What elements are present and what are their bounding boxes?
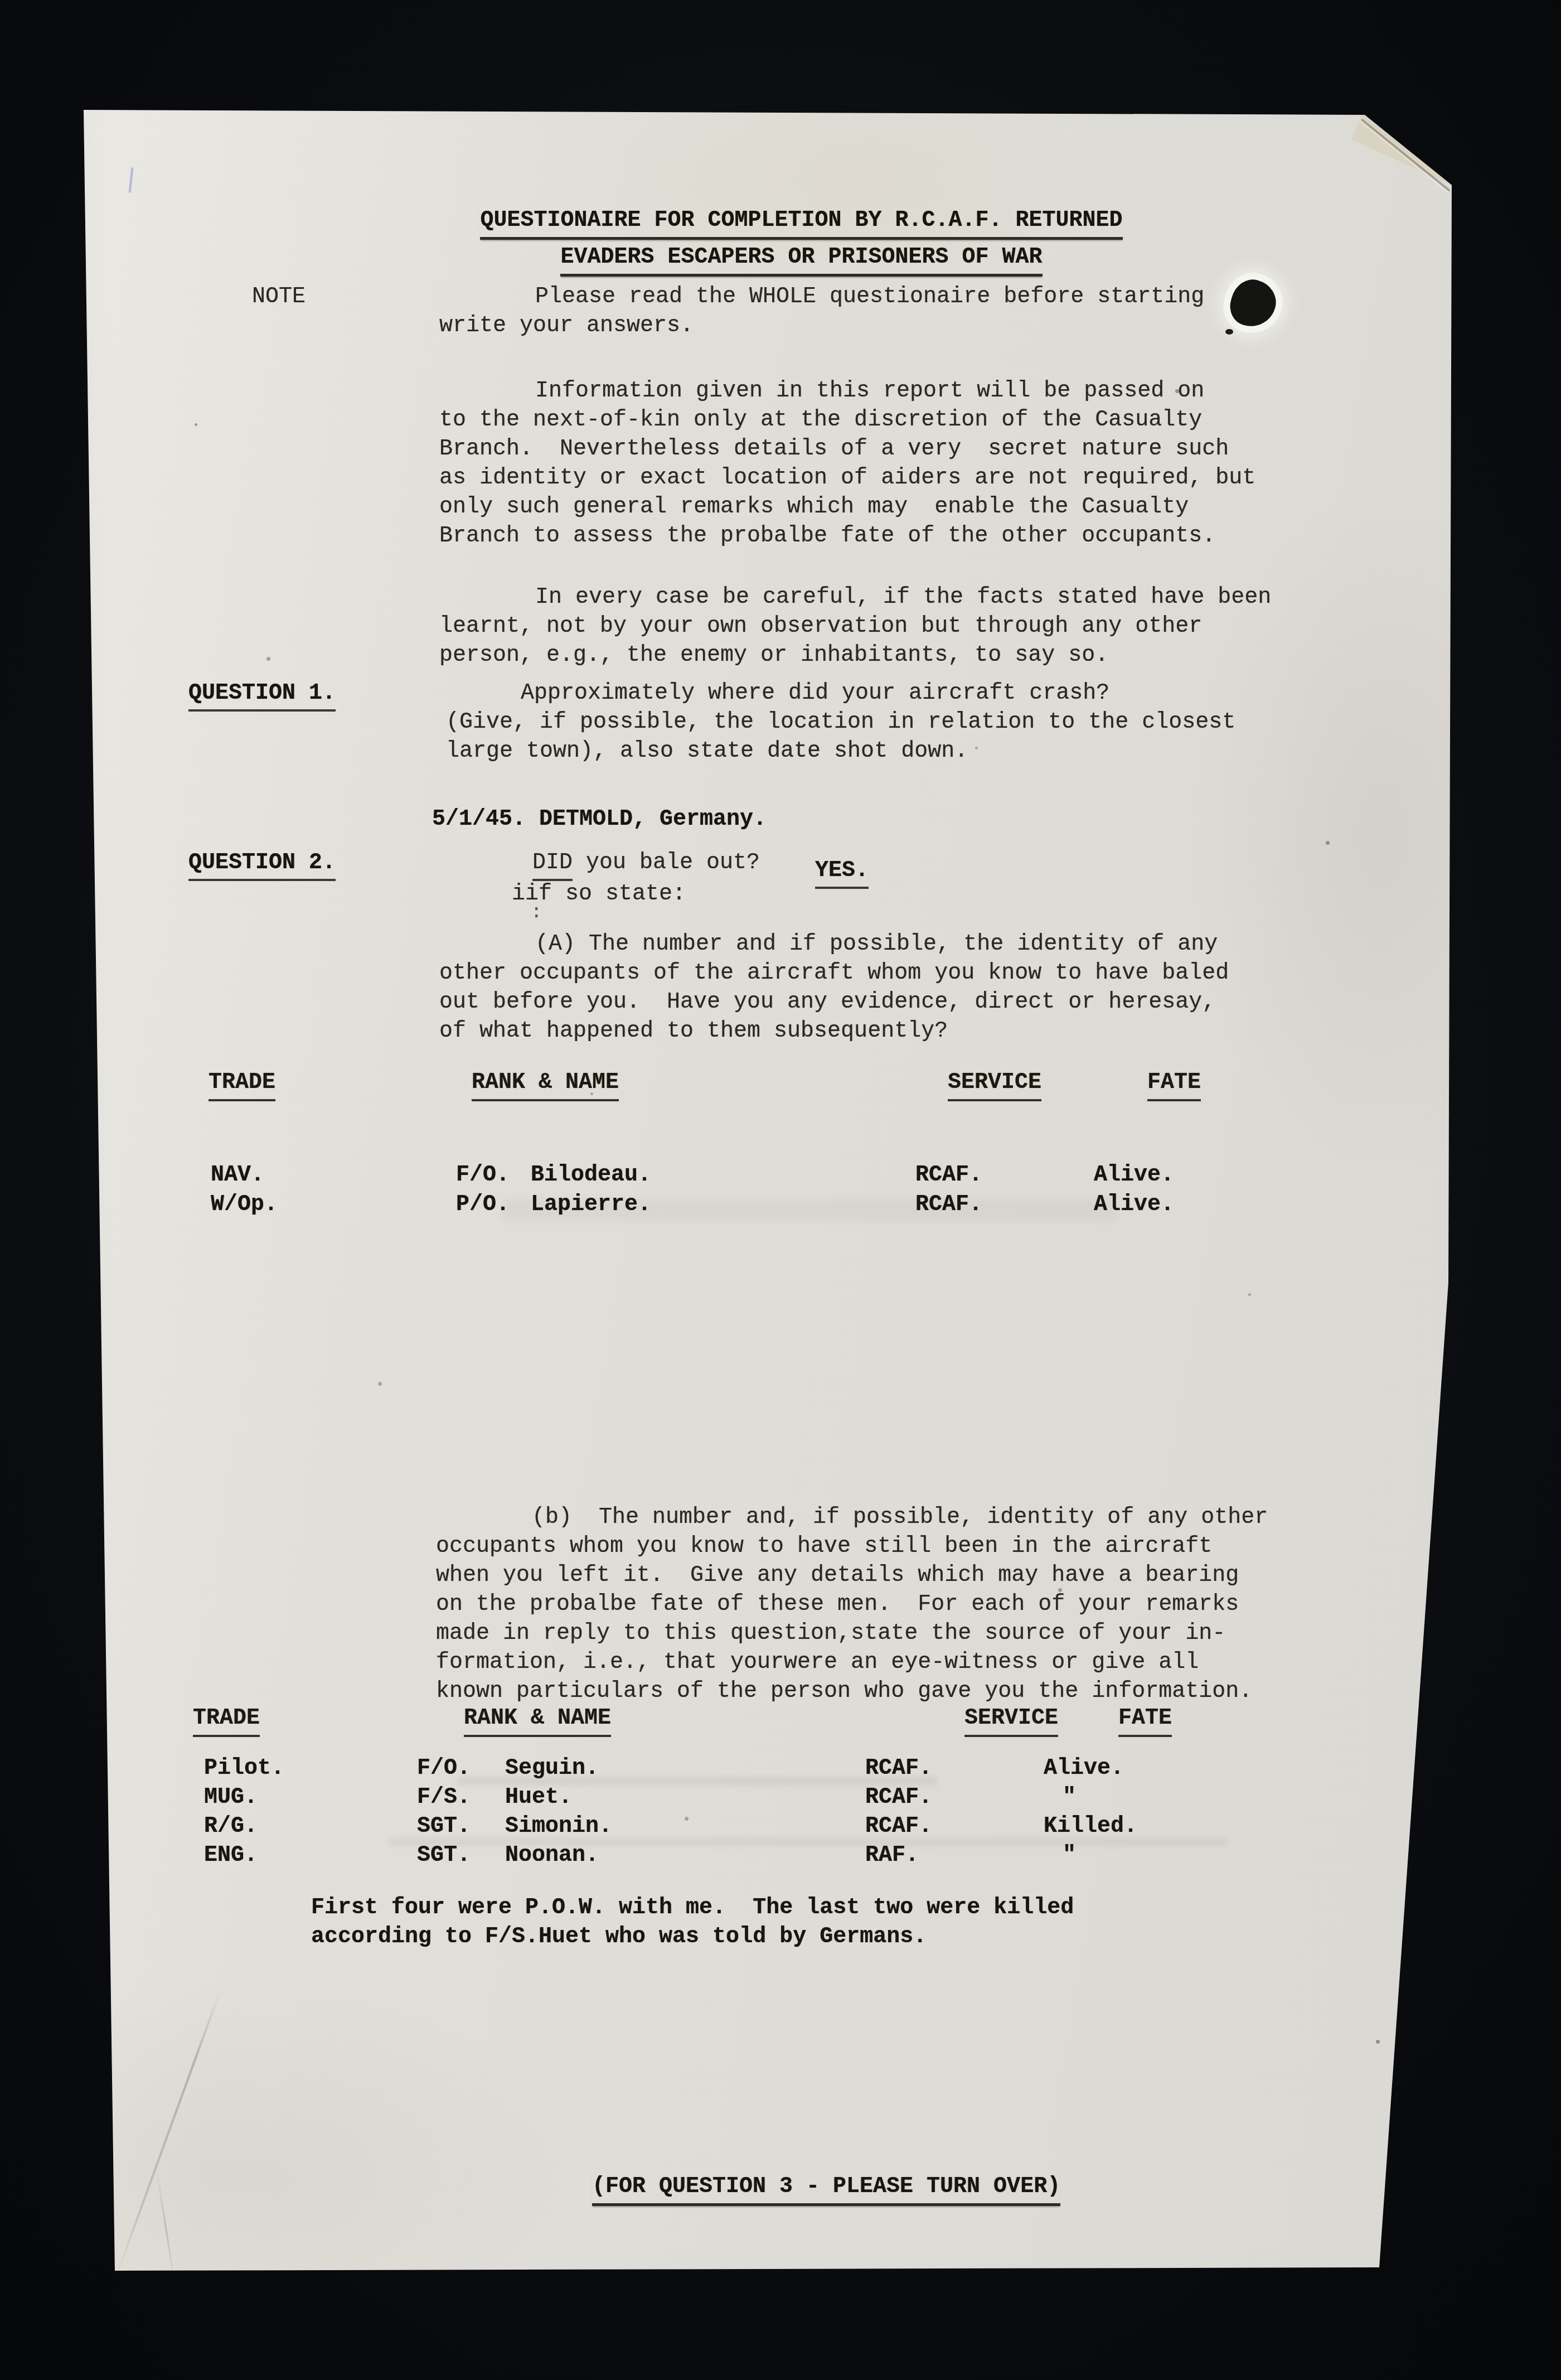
cell-service: RAF.	[865, 1841, 919, 1870]
cell-service: RCAF.	[865, 1754, 932, 1783]
cell-trade: ENG.	[204, 1841, 258, 1870]
cell-trade: MUG.	[204, 1783, 258, 1812]
cell-rank: P/O.	[456, 1191, 510, 1220]
table-row: W/Op. P/O. Lapierre. RCAF. Alive.	[0, 1191, 1561, 1220]
cell-name: Seguin.	[505, 1754, 599, 1783]
note-paragraph-3: In every case be careful, if the facts s…	[439, 583, 1387, 670]
table-a-header-rank-name: RANK & NAME	[472, 1068, 619, 1101]
note-paragraph-1: Please read the WHOLE questionaire befor…	[439, 283, 1387, 341]
cell-name: Noonan.	[505, 1841, 599, 1870]
cell-rank: F/O.	[456, 1161, 510, 1190]
scanned-document-page: { "page": { "title_line1": "QUESTIONAIRE…	[0, 0, 1561, 2380]
table-a-header-trade: TRADE	[209, 1068, 275, 1101]
cell-rank: F/O.	[417, 1754, 471, 1783]
question-1-label: QUESTION 1.	[188, 679, 336, 712]
cell-service: RCAF.	[865, 1812, 932, 1841]
question-1-answer: 5/1/45. DETMOLD, Germany.	[432, 805, 767, 834]
cell-fate: Killed.	[1044, 1812, 1137, 1841]
table-b-header-rank-name: RANK & NAME	[464, 1704, 611, 1737]
question-2-keyword: DID	[532, 849, 573, 881]
paper-crease	[116, 1991, 221, 2275]
paper-specks	[0, 0, 2, 2]
cell-rank: F/S.	[417, 1783, 471, 1812]
note-label: NOTE	[252, 283, 306, 312]
cell-service: RCAF.	[865, 1783, 932, 1812]
table-row: NAV. F/O. Bilodeau. RCAF. Alive.	[0, 1161, 1561, 1190]
cell-service: RCAF.	[915, 1191, 982, 1220]
blue-ink-smear	[129, 167, 134, 193]
cell-fate-ditto: "	[1044, 1841, 1076, 1870]
cell-rank: SGT.	[417, 1812, 471, 1841]
cell-fate: Alive.	[1094, 1191, 1174, 1220]
cell-fate: Alive.	[1094, 1161, 1174, 1190]
stray-typewriter-mark: :	[531, 902, 542, 923]
table-b-header-row: TRADE RANK & NAME SERVICE FATE	[0, 1704, 1561, 1733]
table-a-header-service: SERVICE	[948, 1068, 1041, 1101]
table-row: Pilot. F/O. Seguin. RCAF. Alive.	[0, 1754, 1561, 1783]
question-1-text: Approximately where did your aircraft cr…	[446, 679, 1427, 766]
table-row: R/G. SGT. Simonin. RCAF. Killed.	[0, 1812, 1561, 1841]
table-a-header-fate: FATE	[1147, 1068, 1201, 1101]
table-b-header-trade: TRADE	[193, 1704, 260, 1737]
table-row: MUG. F/S. Huet. RCAF. "	[0, 1783, 1561, 1812]
paper-crease	[156, 2170, 176, 2286]
question-2-text: DID you bale out?	[532, 849, 760, 881]
question-2-label: QUESTION 2.	[188, 849, 336, 881]
cell-name: Lapierre.	[531, 1191, 651, 1220]
table-row: ENG. SGT. Noonan. RAF. "	[0, 1841, 1561, 1870]
table-a-header-row: TRADE RANK & NAME SERVICE FATE	[0, 1068, 1561, 1097]
cell-name: Huet.	[505, 1783, 572, 1812]
cell-name: Simonin.	[505, 1812, 612, 1841]
question-2-answer: YES.	[815, 857, 869, 889]
cell-rank: SGT.	[417, 1841, 471, 1870]
table-b-header-service: SERVICE	[964, 1704, 1058, 1737]
fold-crease-line	[1361, 118, 1451, 191]
cell-trade: NAV.	[211, 1161, 264, 1190]
note-paragraph-2: Information given in this report will be…	[439, 377, 1387, 551]
question-2-text-rest: you bale out?	[573, 850, 760, 875]
cell-trade: W/Op.	[211, 1191, 278, 1220]
title-line-1: QUESTIONAIRE FOR COMPLETION BY R.C.A.F. …	[480, 206, 1122, 240]
title-line-2: EVADERS ESCAPERS OR PRISONERS OF WAR	[560, 243, 1042, 277]
cell-trade: Pilot.	[204, 1754, 284, 1783]
document-title: QUESTIONAIRE FOR COMPLETION BY R.C.A.F. …	[457, 206, 1146, 280]
cell-fate-ditto: "	[1044, 1783, 1076, 1812]
cell-fate: Alive.	[1044, 1754, 1124, 1783]
closing-note: First four were P.O.W. with me. The last…	[311, 1894, 1259, 1952]
page-footer: (FOR QUESTION 3 - PLEASE TURN OVER)	[592, 2173, 1060, 2206]
paper-sheet: QUESTIONAIRE FOR COMPLETION BY R.C.A.F. …	[0, 0, 1561, 2380]
cell-trade: R/G.	[204, 1812, 258, 1841]
part-b-text: (b) The number and, if possible, identit…	[436, 1503, 1395, 1706]
table-b-header-fate: FATE	[1118, 1704, 1172, 1737]
cell-service: RCAF.	[915, 1161, 982, 1190]
cell-name: Bilodeau.	[531, 1161, 651, 1190]
part-a-text: (A) The number and if possible, the iden…	[439, 930, 1387, 1046]
